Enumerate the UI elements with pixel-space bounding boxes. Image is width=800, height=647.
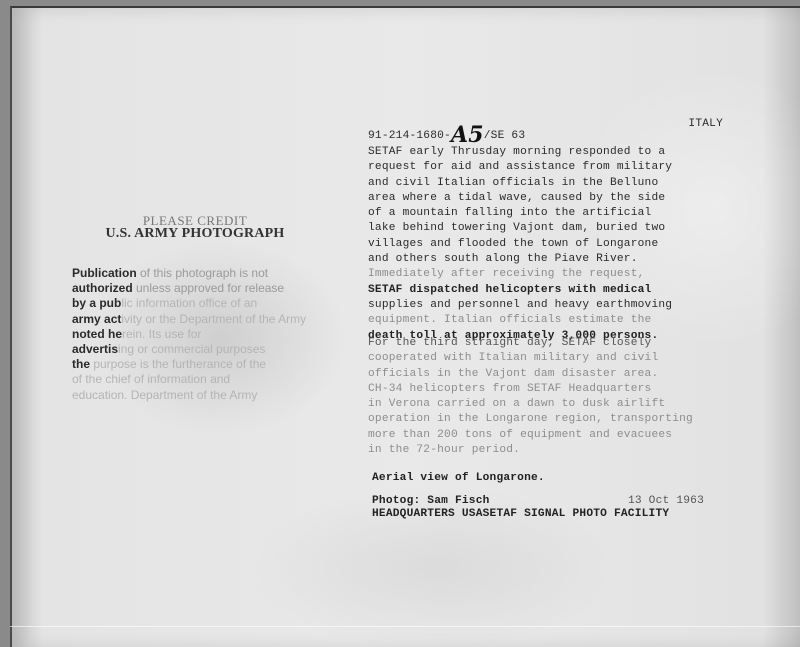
paragraph-line: Immediately after receiving the request, xyxy=(368,267,738,282)
paragraph-line: lake behind towering Vajont dam, buried … xyxy=(368,221,738,236)
notice-line: noted herein. Its use for xyxy=(72,327,338,342)
photographer: Photog: Sam Fisch xyxy=(372,495,490,508)
stamp-line-2: U.S. ARMY PHOTOGRAPH xyxy=(75,227,315,240)
photo-caption: Aerial view of Longarone. xyxy=(372,472,545,484)
notice-line-strong: noted he xyxy=(72,327,122,341)
notice-line: by a public information office of an xyxy=(72,296,338,311)
notice-line: army activity or the Department of the A… xyxy=(72,312,338,327)
paragraph-line: in Verona carried on a dawn to dusk airl… xyxy=(368,397,738,412)
photo-credit-block: Photog: Sam Fisch 13 Oct 1963 HEADQUARTE… xyxy=(372,495,732,521)
notice-line: the purpose is the furtherance of the xyxy=(72,357,338,372)
notice-line-faded: of this photograph is not xyxy=(137,266,268,280)
notice-line-faded: ing or commercial purposes xyxy=(118,342,265,356)
notice-line-faded: unless approved for release xyxy=(133,281,284,295)
notice-line-strong: authorized xyxy=(72,281,133,295)
paragraph-line: area where a tidal wave, caused by the s… xyxy=(368,191,738,206)
country-label: ITALY xyxy=(688,118,723,130)
paragraph-line: SETAF dispatched helicopters with medica… xyxy=(368,283,738,298)
notice-line: education. Department of the Army xyxy=(72,388,338,403)
notice-line-faded: purpose is the furtherance of the xyxy=(90,357,266,371)
paragraph-line: supplies and personnel and heavy earthmo… xyxy=(368,298,738,313)
paragraph-line: in the 72-hour period. xyxy=(368,443,738,458)
notice-line: Publication of this photograph is not xyxy=(72,266,338,281)
facility: HEADQUARTERS USASETAF SIGNAL PHOTO FACIL… xyxy=(372,508,732,521)
paragraph-2: For the third straight day, SETAF closel… xyxy=(368,336,738,458)
notice-line-strong: advertis xyxy=(72,342,118,356)
paragraph-line: officials in the Vajont dam disaster are… xyxy=(368,367,738,382)
paragraph-line: more than 200 tons of equipment and evac… xyxy=(368,428,738,443)
reference-number-text: 91-214-1680- xyxy=(368,130,451,142)
reference-number: 91-214-1680-A5/SE 63 xyxy=(368,118,525,144)
notice-line-faded: ivity or the Department of the Army xyxy=(121,312,306,326)
paragraph-line: villages and flooded the town of Longaro… xyxy=(368,237,738,252)
notice-line: advertising or commercial purposes xyxy=(72,342,338,357)
paper-crease xyxy=(10,626,800,627)
notice-line-strong: by a pub xyxy=(72,296,121,310)
paragraph-line: CH-34 helicopters from SETAF Headquarter… xyxy=(368,382,738,397)
photo-date: 13 Oct 1963 xyxy=(628,495,704,508)
paragraph-line: and others south along the Piave River. xyxy=(368,252,738,267)
notice-line-faded: education. Department of the Army xyxy=(72,388,257,402)
paragraph-line: of a mountain falling into the artificia… xyxy=(368,206,738,221)
paragraph-line: equipment. Italian officials estimate th… xyxy=(368,313,738,328)
publication-notice: Publication of this photograph is notaut… xyxy=(72,266,338,403)
credit-stamp: PLEASE CREDIT U.S. ARMY PHOTOGRAPH xyxy=(75,214,315,240)
paragraph-line: operation in the Longarone region, trans… xyxy=(368,412,738,427)
paragraph-line: request for aid and assistance from mili… xyxy=(368,160,738,175)
paragraph-line: cooperated with Italian military and civ… xyxy=(368,351,738,366)
notice-line: of the chief of information and xyxy=(72,372,338,387)
notice-line-strong: army act xyxy=(72,312,121,326)
reference-suffix: /SE 63 xyxy=(484,130,525,142)
notice-line-strong: Publication xyxy=(72,266,137,280)
paragraph-line: and civil Italian officials in the Bellu… xyxy=(368,176,738,191)
notice-line-faded: of the chief of information and xyxy=(72,372,230,386)
paragraph-1: SETAF early Thrusday morning responded t… xyxy=(368,145,738,344)
paragraph-line: For the third straight day, SETAF closel… xyxy=(368,336,738,351)
notice-line-faded: lic information office of an xyxy=(121,296,257,310)
paragraph-line: SETAF early Thrusday morning responded t… xyxy=(368,145,738,160)
notice-line-strong: the xyxy=(72,357,90,371)
notice-line: authorized unless approved for release xyxy=(72,281,338,296)
notice-line-faded: rein. Its use for xyxy=(122,327,201,341)
